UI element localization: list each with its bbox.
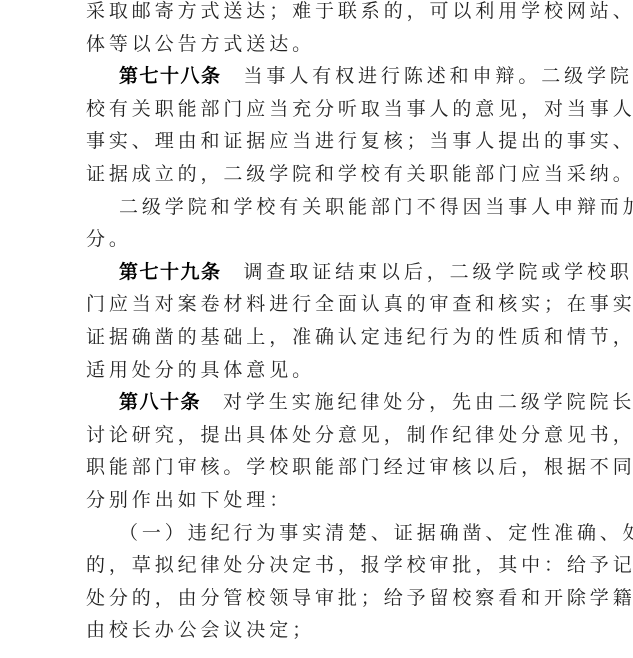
text-line: 体等以公告方式送达。 xyxy=(86,28,550,61)
text-line: 门应当对案卷材料进行全面认真的审查和核实；在事实清楚、 xyxy=(86,288,550,321)
text-line: 讨论研究，提出具体处分意见，制作纪律处分意见书，报学校 xyxy=(86,419,550,452)
paragraph-line: （一）违纪行为事实清楚、证据确凿、定性准确、处理恰当 xyxy=(86,517,550,550)
text-line: 处分的，由分管校领导审批；给予留校察看和开除学籍处分的， xyxy=(86,582,550,615)
text-line: 事实、理由和证据应当进行复核；当事人提出的事实、理由和 xyxy=(86,125,550,158)
text-line: 由校长办公会议决定； xyxy=(86,614,550,647)
text-line: 分别作出如下处理： xyxy=(86,484,550,517)
article-heading: 第七十九条 xyxy=(119,261,222,283)
text-line: 的，草拟纪律处分决定书，报学校审批，其中：给予记过以下 xyxy=(86,549,550,582)
document-page: 采取邮寄方式送达；难于联系的，可以利用学校网站、新闻媒 体等以公告方式送达。 第… xyxy=(86,0,550,647)
text-line: 校有关职能部门应当充分听取当事人的意见，对当事人提出的 xyxy=(86,93,550,126)
article-text: 调查取证结束以后，二级学院或学校职能部 xyxy=(244,261,633,283)
text-line: 证据确凿的基础上，准确认定违纪行为的性质和情节，并提出 xyxy=(86,321,550,354)
article-79: 第七十九条调查取证结束以后，二级学院或学校职能部 xyxy=(86,256,550,289)
article-heading: 第八十条 xyxy=(119,391,201,413)
text-line: 证据成立的，二级学院和学校有关职能部门应当采纳。 xyxy=(86,158,550,191)
article-text: 当事人有权进行陈述和申辩。二级学院和学 xyxy=(244,65,633,87)
paragraph-line: 二级学院和学校有关职能部门不得因当事人申辩而加重处 xyxy=(86,191,550,224)
text-line: 分。 xyxy=(86,223,550,256)
article-80: 第八十条对学生实施纪律处分，先由二级学院院长会议 xyxy=(86,386,550,419)
text-line: 适用处分的具体意见。 xyxy=(86,354,550,387)
article-heading: 第七十八条 xyxy=(119,65,222,87)
article-text: 对学生实施纪律处分，先由二级学院院长会议 xyxy=(223,391,633,413)
text-line: 采取邮寄方式送达；难于联系的，可以利用学校网站、新闻媒 xyxy=(86,0,550,28)
article-78: 第七十八条当事人有权进行陈述和申辩。二级学院和学 xyxy=(86,60,550,93)
text-line: 职能部门审核。学校职能部门经过审核以后，根据不同情况， xyxy=(86,451,550,484)
